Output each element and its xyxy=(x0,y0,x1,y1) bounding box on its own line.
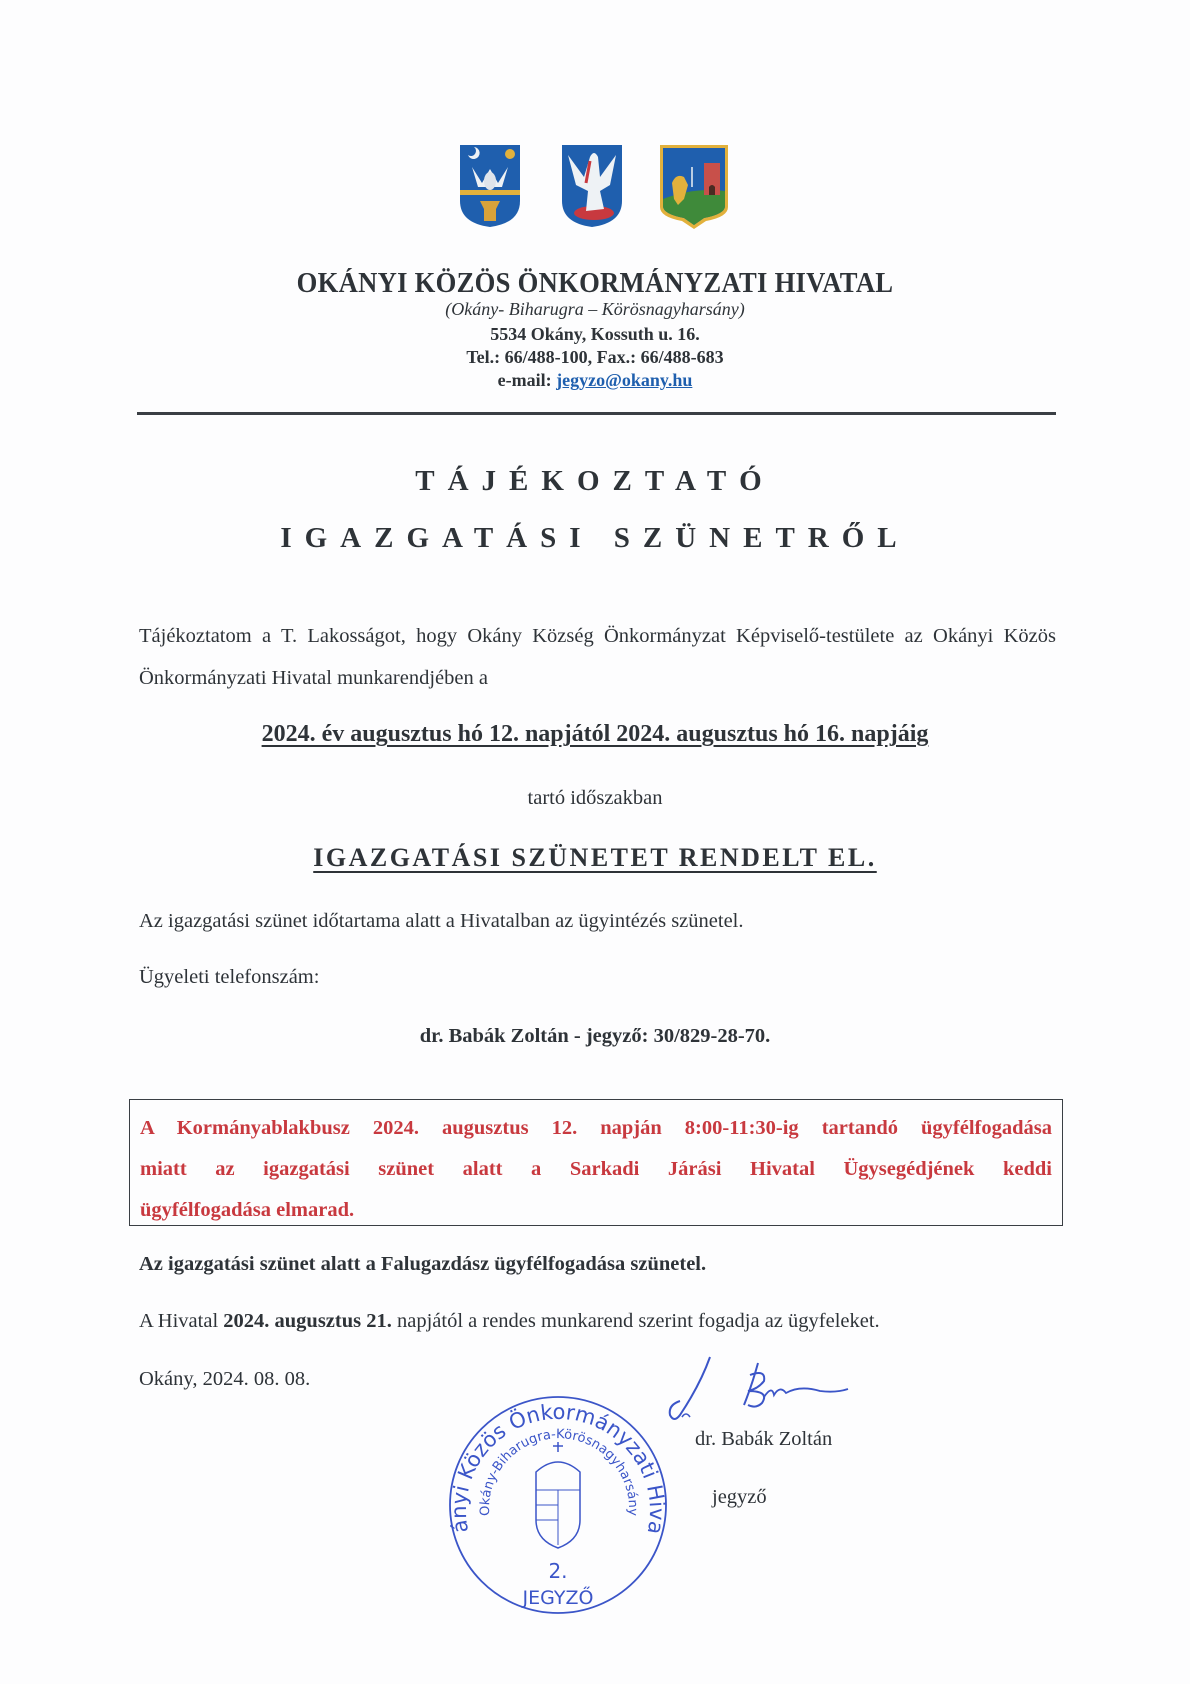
signer-name: dr. Babák Zoltán xyxy=(695,1428,832,1451)
intro-paragraph: Tájékoztatom a T. Lakosságot, hogy Okány… xyxy=(139,615,1056,699)
suspension-statement: Az igazgatási szünet időtartama alatt a … xyxy=(139,910,744,933)
signer-role: jegyző xyxy=(712,1486,767,1509)
handwritten-signature-icon xyxy=(640,1355,860,1435)
notice-line: miatt az igazgatási szünet alatt a Sarka… xyxy=(140,1149,1052,1190)
okany-coat-of-arms-icon xyxy=(458,143,522,234)
closure-date-range: 2024. év augusztus hó 12. napjától 2024.… xyxy=(0,721,1190,748)
hotline-contact: dr. Babák Zoltán - jegyző: 30/829-28-70. xyxy=(0,1025,1190,1048)
reopening-date: 2024. augusztus 21. xyxy=(223,1310,392,1332)
biharugra-coat-of-arms-icon xyxy=(560,143,624,234)
document-title: TÁJÉKOZTATÓ xyxy=(0,465,1190,498)
organization-members: (Okány- Biharugra – Körösnagyharsány) xyxy=(0,299,1190,320)
korosnagyharsany-coat-of-arms-icon xyxy=(658,143,730,236)
stamp-number: 2. xyxy=(548,1559,567,1583)
notice-line: A Kormányablakbusz 2024. augusztus 12. n… xyxy=(140,1108,1052,1149)
reopening-suffix: napjától a rendes munkarend szerint foga… xyxy=(392,1310,880,1332)
organization-phone-fax: Tel.: 66/488-100, Fax.: 66/488-683 xyxy=(0,347,1190,368)
email-label: e-mail: xyxy=(498,370,556,390)
organization-email-line: e-mail: jegyzo@okany.hu xyxy=(0,370,1190,391)
reopening-statement: A Hivatal 2024. augusztus 21. napjától a… xyxy=(139,1310,880,1333)
place-and-date: Okány, 2024. 08. 08. xyxy=(139,1368,310,1391)
header-divider xyxy=(137,412,1056,415)
hotline-label: Ügyeleti telefonszám: xyxy=(139,966,319,989)
organization-name: OKÁNYI KÖZÖS ÖNKORMÁNYZATI HIVATAL xyxy=(30,268,1161,300)
email-link[interactable]: jegyzo@okany.hu xyxy=(556,370,692,390)
notice-line: ügyfélfogadása elmarad. xyxy=(140,1190,1052,1231)
decree-heading: IGAZGATÁSI SZÜNETET RENDELT EL. xyxy=(0,843,1190,873)
document-subtitle: IGAZGATÁSI SZÜNETRŐL xyxy=(0,522,1190,555)
farmer-notice: Az igazgatási szünet alatt a Falugazdász… xyxy=(139,1253,706,1276)
notice-box: A Kormányablakbusz 2024. augusztus 12. n… xyxy=(129,1099,1063,1226)
reopening-prefix: A Hivatal xyxy=(139,1310,223,1332)
stamp-label: JEGYZŐ xyxy=(522,1585,594,1609)
organization-address: 5534 Okány, Kossuth u. 16. xyxy=(0,324,1190,345)
period-text: tartó időszakban xyxy=(0,787,1190,810)
